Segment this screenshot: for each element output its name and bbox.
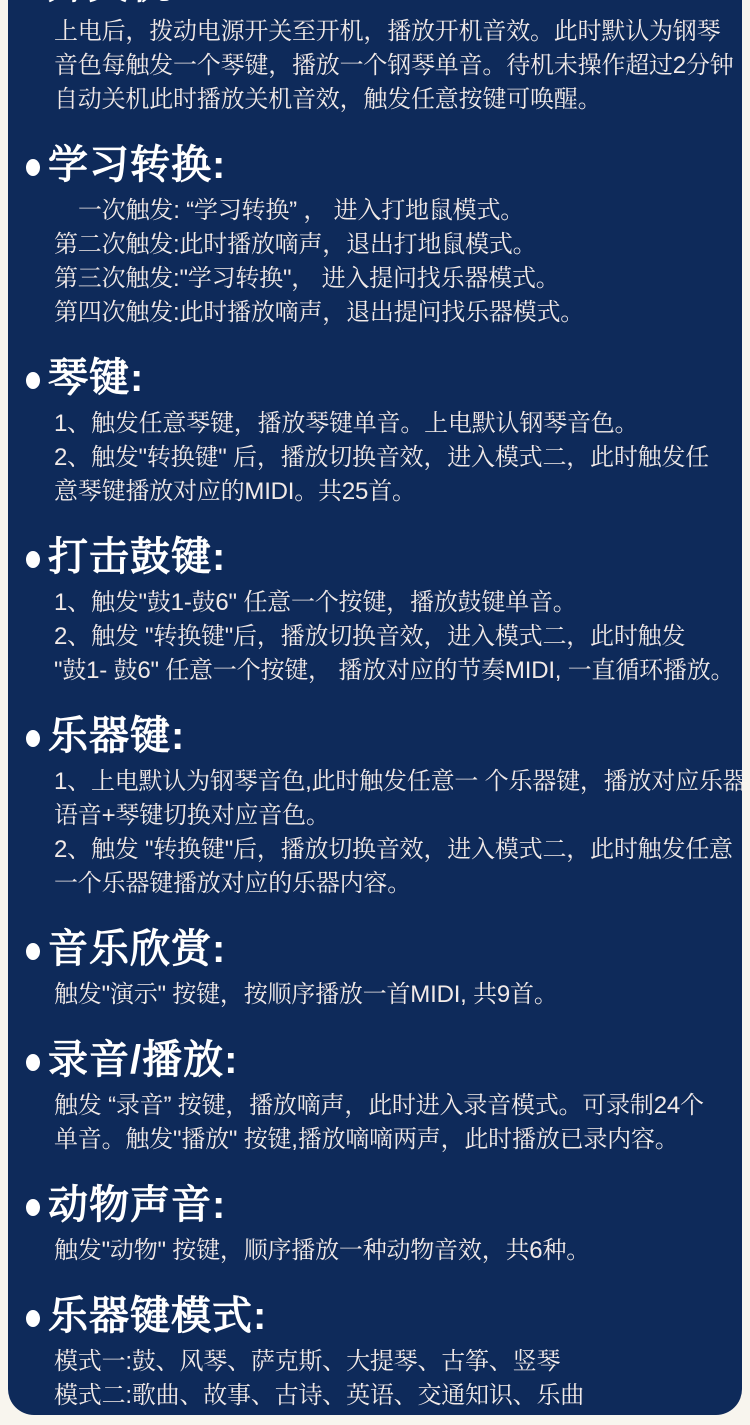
text-line: 1、触发任意琴键，播放琴键单音。上电默认钢琴音色。: [54, 407, 734, 441]
section-instrument-key-modes: 乐器键模式: 模式一:鼓、风琴、萨克斯、大提琴、古筝、竖琴 模式二:歌曲、故事、…: [54, 1294, 734, 1413]
section-title: 动物声音:: [48, 1183, 226, 1227]
section-heading: 乐器键:: [54, 714, 734, 758]
text-line: 2、触发 "转换键"后，播放切换音效，进入模式二，此时触发任意: [54, 833, 734, 867]
section-title: 打击鼓键:: [48, 535, 226, 579]
section-heading: 动物声音:: [54, 1183, 734, 1227]
text-line: 第四次触发:此时播放嘀声，退出提问找乐器模式。: [54, 296, 734, 330]
section-heading: 音乐欣赏:: [54, 927, 734, 971]
bullet-icon: [26, 730, 40, 747]
text-line: 上电后，拨动电源开关至开机，播放开机音效。此时默认为钢琴: [54, 15, 734, 49]
text-line: 2、触发"转换键" 后，播放切换音效，进入模式二，此时触发任: [54, 441, 734, 475]
text-line: 1、触发"鼓1-鼓6" 任意一个按键，播放鼓键单音。: [54, 586, 734, 620]
section-title: 学习转换:: [48, 143, 226, 187]
section-animal-sounds: 动物声音: 触发"动物" 按键，顺序播放一种动物音效，共6种。: [54, 1183, 734, 1268]
section-drum-keys: 打击鼓键: 1、触发"鼓1-鼓6" 任意一个按键，播放鼓键单音。 2、触发 "转…: [54, 535, 734, 688]
text-line: 模式一:鼓、风琴、萨克斯、大提琴、古筝、竖琴: [54, 1345, 734, 1379]
text-line: 2、触发 "转换键"后，播放切换音效，进入模式二，此时触发: [54, 620, 734, 654]
section-record-play: 录音/播放: 触发 “录音” 按键，播放嘀声，此时进入录音模式。可录制24个 单…: [54, 1038, 734, 1157]
bullet-icon: [26, 551, 40, 568]
bullet-icon: [26, 1054, 40, 1071]
bullet-icon: [26, 1199, 40, 1216]
bullet-icon: [26, 943, 40, 960]
section-heading: 琴键:: [54, 356, 734, 400]
bullet-icon: [26, 372, 40, 389]
text-line: 一个乐器键播放对应的乐器内容。: [54, 867, 734, 901]
text-line: 意琴键播放对应的MIDI。共25首。: [54, 475, 734, 509]
text-line: 触发"动物" 按键，顺序播放一种动物音效，共6种。: [54, 1234, 734, 1268]
section-piano-keys: 琴键: 1、触发任意琴键，播放琴键单音。上电默认钢琴音色。 2、触发"转换键" …: [54, 356, 734, 509]
page: { "colors": { "page_bg": "#f8f5ee", "car…: [0, 0, 750, 1425]
section-instrument-keys: 乐器键: 1、上电默认为钢琴音色,此时触发任意一 个乐器键，播放对应乐器 语音+…: [54, 714, 734, 901]
text-line: 触发 “录音” 按键，播放嘀声，此时进入录音模式。可录制24个: [54, 1089, 734, 1123]
power-intro-paragraph: 上电后，拨动电源开关至开机，播放开机音效。此时默认为钢琴 音色每触发一个琴键，播…: [54, 15, 734, 117]
text-line: 单音。触发"播放" 按键,播放嘀嘀两声，此时播放已录内容。: [54, 1123, 734, 1157]
text-line: 1、上电默认为钢琴音色,此时触发任意一 个乐器键，播放对应乐器: [54, 765, 734, 799]
product-description-card: 开关机: 上电后，拨动电源开关至开机，播放开机音效。此时默认为钢琴 音色每触发一…: [8, 0, 742, 1415]
section-heading: 打击鼓键:: [54, 535, 734, 579]
section-title: 琴键:: [48, 356, 144, 400]
text-line: 语音+琴键切换对应音色。: [54, 799, 734, 833]
bullet-icon: [26, 1310, 40, 1327]
section-title-power-clipped: 开关机:: [54, 0, 734, 7]
text-line: 模式二:歌曲、故事、古诗、英语、交通知识、乐曲: [54, 1379, 734, 1413]
text-line: 触发"演示" 按键，按顺序播放一首MIDI, 共9首。: [54, 978, 734, 1012]
text-line: 第三次触发:"学习转换"， 进入提问找乐器模式。: [54, 262, 734, 296]
text-line: 第二次触发:此时播放嘀声，退出打地鼠模式。: [54, 228, 734, 262]
section-heading: 录音/播放:: [54, 1038, 734, 1082]
section-title: 音乐欣赏:: [48, 927, 226, 971]
section-title: 乐器键:: [48, 714, 185, 758]
section-title: 录音/播放:: [48, 1038, 238, 1082]
text-line: "鼓1- 鼓6" 任意一个按键， 播放对应的节奏MIDI, 一直循环播放。: [54, 654, 734, 688]
bullet-icon: [26, 159, 40, 176]
section-title: 乐器键模式:: [48, 1294, 267, 1338]
section-music-enjoy: 音乐欣赏: 触发"演示" 按键，按顺序播放一首MIDI, 共9首。: [54, 927, 734, 1012]
section-learning-switch: 学习转换: 一次触发: “学习转换” ， 进入打地鼠模式。 第二次触发:此时播放…: [54, 143, 734, 330]
section-title: 开关机:: [48, 0, 185, 7]
text-line: 一次触发: “学习转换” ， 进入打地鼠模式。: [54, 194, 734, 228]
text-line: 自动关机此时播放关机音效，触发任意按键可唤醒。: [54, 83, 734, 117]
section-heading: 学习转换:: [54, 143, 734, 187]
section-heading: 乐器键模式:: [54, 1294, 734, 1338]
text-line: 音色每触发一个琴键，播放一个钢琴单音。待机未操作超过2分钟: [54, 49, 734, 83]
